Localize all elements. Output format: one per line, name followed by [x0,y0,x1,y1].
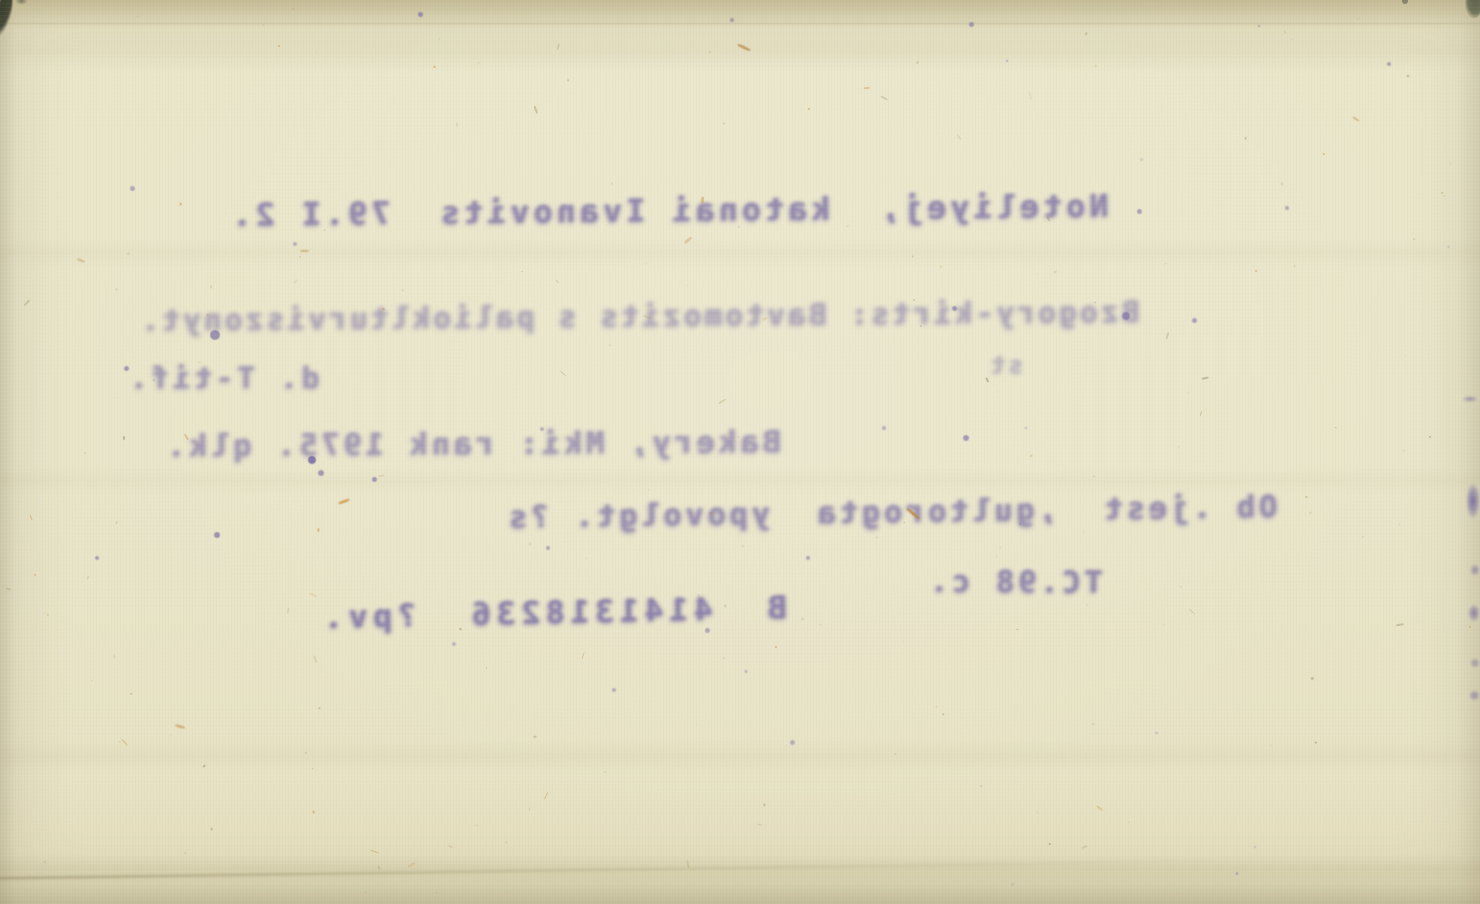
paper-fiber [1202,376,1209,380]
ink-speck [1192,318,1197,323]
ink-speck [308,456,316,464]
ink-dust [170,734,171,735]
paper-fiber [6,587,12,590]
ink-speck [1387,62,1391,66]
paper-fiber [608,345,611,347]
paper-fiber [211,828,213,831]
paper-fiber [29,514,32,520]
paper-fiber [1200,411,1202,417]
paper-fiber-dash [338,498,350,505]
paper-fiber [382,308,385,311]
ink-dust [1448,246,1449,247]
paper-fiber [1361,536,1364,537]
paper-fiber [1283,31,1286,34]
paper-fiber [312,811,315,814]
paper-fiber [1405,355,1406,357]
paper-fiber [864,87,870,90]
paper-fiber [1180,585,1182,587]
ink-speck [318,470,324,476]
paper-fiber [378,475,384,477]
paper-fiber [448,845,453,848]
paper-fiber [1305,496,1308,499]
paper-fiber [916,60,919,64]
paper-fiber [84,451,87,454]
paper-fiber [1095,65,1097,67]
ink-speck [730,18,734,22]
paper-fiber [456,122,458,126]
ink-speck [210,330,220,340]
ink-dust [1407,75,1409,77]
paper-fiber [708,511,712,515]
paper-fiber [1315,742,1317,745]
right-edge-ink-fragment [1462,396,1478,402]
paper-fiber [207,314,209,316]
paper-fiber [581,651,585,659]
paper-fiber [698,594,699,596]
paper-fiber [1417,194,1419,195]
paper-fiber [121,739,128,747]
paper-fiber [527,207,529,209]
paper-fiber [317,707,320,709]
paper-fiber [311,768,313,770]
paper-fiber [912,256,915,259]
paper-fiber [23,300,30,307]
ink-dust [153,379,155,381]
paper-fiber [1166,332,1170,339]
ink-dust [1025,427,1027,429]
paper-fiber [534,105,538,113]
ink-dust [263,24,264,25]
paper-fiber [1164,263,1167,265]
ink-dust [1450,163,1451,164]
paper-fiber [724,604,726,607]
paper-fiber [203,764,206,767]
right-edge-ink-fragment [1470,658,1480,668]
paper-fiber [611,183,613,185]
paper-fiber [293,279,297,284]
ink-dust [137,16,139,18]
effects-layer [0,0,1480,904]
paper-fiber [566,79,569,82]
paper-fiber [534,736,537,738]
paper-fiber [1396,624,1404,627]
paper-fiber [685,236,693,244]
paper-fiber-dash [175,724,185,729]
paper-fiber [115,521,117,524]
paper-fiber [127,252,130,255]
paper-fiber [643,315,651,320]
ink-speck [95,556,99,560]
paper-fiber [278,45,281,48]
paper-fiber [119,741,121,743]
paper-fiber [436,892,437,894]
paper-fiber [179,203,181,206]
ink-dust [1094,302,1096,304]
paper-fiber [86,575,88,579]
paper-fiber [305,751,308,754]
paper-fiber [586,557,588,559]
paper-fiber [709,51,711,53]
paper-fiber [935,705,938,707]
ink-speck [1137,209,1142,214]
paper-fiber [287,607,289,613]
paper-fiber [996,556,998,558]
ink-dust [1236,872,1238,874]
ink-dust [1006,60,1008,62]
paper-fiber [370,849,379,853]
paper-fiber [184,853,187,855]
paper-fiber [1403,450,1405,452]
paper-fiber [1189,608,1195,614]
paper-fiber [1175,894,1177,896]
paper-fiber [408,862,415,868]
ink-dust [696,724,697,725]
paper-fiber [1357,18,1359,20]
ink-dust [529,543,531,545]
ink-dust [745,670,747,672]
ink-dust [1019,523,1021,525]
ink-speck [952,306,957,311]
right-edge-ink-fragment [1466,483,1480,519]
paper-fiber [1082,845,1088,849]
paper-fiber [604,771,606,773]
paper-fiber [1469,626,1471,628]
paper-fiber [1085,604,1088,606]
ink-speck [130,186,135,191]
paper-fiber-dash [1352,116,1360,122]
ink-dust [43,861,45,863]
paper-fiber [1335,427,1337,429]
ink-dust [44,612,45,613]
ink-dust [1258,25,1260,27]
paper-fiber [903,521,905,524]
paper-fiber [291,7,294,10]
paper-fiber [1311,676,1315,680]
ink-dust [1092,723,1094,725]
paper-fiber [504,841,507,844]
paper-fiber [123,436,125,440]
ink-speck [1122,312,1130,320]
paper-fiber [1441,192,1444,195]
paper-fiber-dash [737,43,751,52]
paper-fiber [520,271,522,272]
ink-dust [723,123,724,124]
ink-dust [1083,531,1084,532]
ink-speck [540,427,544,431]
paper-fiber [91,680,92,681]
ink-dust [1178,446,1179,447]
ink-dust [1281,183,1283,185]
paper-fiber [560,370,567,376]
ink-speck [969,22,974,27]
paper-fiber [77,258,86,264]
paper-fiber [1054,271,1057,273]
paper-fiber [942,713,945,716]
paper-fiber [1429,436,1432,438]
paper-fiber [1254,270,1257,273]
paper-fiber-dash [906,507,920,520]
ink-speck [612,688,616,692]
ink-dust [1155,732,1157,734]
paper-fiber [116,398,118,400]
ink-speck [293,242,297,246]
ink-dust [1294,265,1295,266]
ink-dust [799,322,800,323]
ink-dust [1140,158,1143,161]
paper-fiber [986,377,990,382]
paper-fiber [757,823,762,825]
paper-fiber [763,803,766,806]
paper-fiber [1030,455,1033,458]
paper-fiber [34,574,36,577]
paper-fiber [1308,511,1311,514]
paper-fiber [298,256,300,258]
paper-fiber [880,95,888,101]
paper-fiber [1443,196,1445,197]
ink-speck [214,532,220,538]
paper-fiber [647,489,649,491]
paper-fiber [1188,392,1190,394]
ink-dust [1254,846,1256,848]
paper-fiber [556,279,559,283]
paper-fiber [478,62,480,64]
right-edge-ink-fragment [1468,604,1480,622]
ink-speck [546,546,550,550]
paper-fiber [198,361,202,364]
paper-fiber [1128,821,1129,823]
ink-speck [882,426,886,430]
paper-fiber [761,317,767,322]
ink-speck [418,12,423,17]
paper-fiber [317,528,320,532]
paper-fiber [1323,153,1325,155]
paper-fiber [312,655,317,663]
paper-fiber [184,433,189,440]
paper-fiber [1292,39,1294,41]
ink-dust [742,545,744,547]
paper-fiber [1085,32,1088,35]
paper-fiber [1244,137,1247,140]
paper-fiber [364,891,366,892]
ink-dust [997,391,998,392]
right-edge-ink-fragment [1469,690,1480,701]
ink-dust [902,641,904,643]
paper-fiber [1096,805,1103,811]
paper-fiber [718,398,727,404]
ink-dust [1011,883,1013,885]
paper-fiber [316,52,318,54]
paper-fiber [956,134,961,140]
paper-fiber [485,666,487,668]
paper-fiber [308,383,310,385]
ink-dust [723,657,725,659]
paper-fiber [738,436,740,438]
paper-fiber [544,792,549,800]
ink-speck [963,435,969,441]
paper-fiber [475,824,478,826]
ink-dust [702,452,704,454]
paper-fiber [894,752,897,754]
paper-fiber [401,290,403,291]
paper-fiber [433,66,437,69]
ink-dust [1163,624,1164,625]
ink-dust [980,785,982,787]
paper-fiber [774,646,777,648]
paper-fiber [646,263,647,265]
paper-fiber [309,592,317,597]
paper-fiber [920,324,923,327]
ink-speck [452,642,456,646]
ink-speck [1285,206,1289,210]
paper-fiber [819,624,821,625]
ink-speck [790,740,795,745]
ink-dust [1037,812,1038,813]
paper-fiber [846,225,849,227]
paper-fiber [700,197,704,205]
paper-fiber [113,654,115,659]
right-edge-ink-fragment [1470,564,1480,576]
paper-fiber [459,628,462,631]
ink-dust [1093,476,1095,478]
paper-fiber [1412,238,1415,241]
paper-fiber [686,860,690,868]
ink-dust [1000,547,1001,548]
ink-speck [806,556,810,560]
paper-fiber [807,108,809,110]
ink-dust [738,226,739,227]
paper-fiber [211,285,213,288]
ink-speck [124,366,129,371]
ink-dust [687,285,688,286]
paper-fiber [912,298,915,301]
paper-fiber [1046,217,1050,222]
paper-fiber [378,865,381,870]
paper-fiber [801,617,804,620]
ink-dust [1399,524,1400,525]
paper-fiber [47,614,49,616]
ink-dust [876,537,878,539]
ink-speck [372,477,377,482]
paper-fiber-dash [300,250,309,252]
paper-fiber [439,38,441,41]
paper-fiber [1016,629,1019,631]
ink-dust [501,315,502,316]
ink-speck [705,628,710,633]
paper-fiber [541,524,544,527]
paper-fiber [1048,843,1050,845]
ink-dust [1271,745,1272,746]
paper-fiber [556,43,559,49]
paper-fiber [1047,217,1049,219]
scanned-page: Noteliyej, katonai Ivanovits 79.I 2.Bzog… [0,0,1480,904]
paper-fiber [529,808,530,811]
paper-fiber [130,693,132,696]
paper-fiber [1028,92,1032,101]
paper-fiber [324,229,327,231]
paper-fiber [940,266,941,268]
paper-fiber [115,288,118,291]
